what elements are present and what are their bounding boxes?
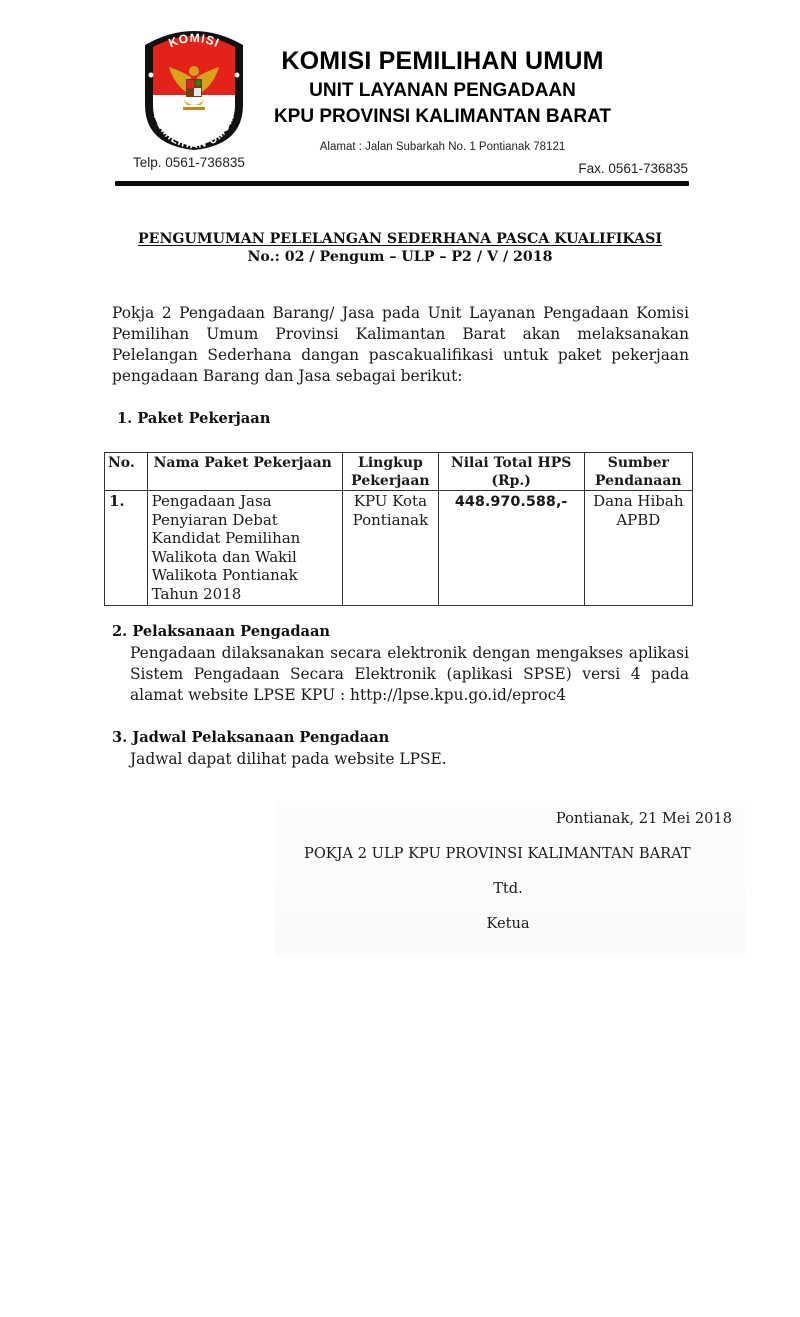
- document-title: PENGUMUMAN PELELANGAN SEDERHANA PASCA KU…: [0, 231, 800, 247]
- col-header-sumber: Sumber Pendanaan: [584, 453, 692, 491]
- kpu-garuda-logo-icon: KOMISI PEMILIHAN UMUM: [139, 25, 249, 150]
- col-header-no: No.: [105, 453, 148, 491]
- section-heading-jadwal: 3. Jadwal Pelaksanaan Pengadaan: [112, 729, 389, 746]
- section-heading-pelaksanaan: 2. Pelaksanaan Pengadaan: [112, 623, 330, 640]
- cell-nama: Pengadaan Jasa Penyiaran Debat Kandidat …: [147, 491, 343, 606]
- col-header-lingkup: Lingkup Pekerjaan: [343, 453, 439, 491]
- table-header-row: No. Nama Paket Pekerjaan Lingkup Pekerja…: [105, 453, 693, 491]
- cell-no: 1.: [105, 491, 148, 606]
- address: Alamat : Jalan Subarkah No. 1 Pontianak …: [240, 141, 645, 153]
- table-row: 1. Pengadaan Jasa Penyiaran Debat Kandid…: [105, 491, 693, 606]
- document-number: No.: 02 / Pengum – ULP – P2 / V / 2018: [0, 249, 800, 265]
- place-date: Pontianak, 21 Mei 2018: [556, 810, 732, 827]
- package-table: No. Nama Paket Pekerjaan Lingkup Pekerja…: [104, 452, 693, 606]
- letterhead-divider: [115, 181, 689, 186]
- cell-lingkup: KPU Kota Pontianak: [343, 491, 439, 606]
- telephone: Telp. 0561-736835: [133, 155, 245, 170]
- section-heading-paket: 1. Paket Pekerjaan: [117, 410, 270, 427]
- section-body-pelaksanaan: Pengadaan dilaksanakan secara elektronik…: [130, 643, 689, 706]
- col-header-hps: Nilai Total HPS (Rp.): [438, 453, 584, 491]
- col-header-nama: Nama Paket Pekerjaan: [147, 453, 343, 491]
- section-body-jadwal: Jadwal dapat dilihat pada website LPSE.: [130, 749, 689, 770]
- intro-paragraph: Pokja 2 Pengadaan Barang/ Jasa pada Unit…: [112, 303, 689, 387]
- hps-value: 448.970.588,-: [455, 494, 568, 510]
- unit-name: UNIT LAYANAN PENGADAAN: [240, 80, 645, 102]
- cell-sumber: Dana Hibah APBD: [584, 491, 692, 606]
- fax: Fax. 0561-736835: [578, 161, 688, 176]
- signatory-organization: POKJA 2 ULP KPU PROVINSI KALIMANTAN BARA…: [304, 845, 691, 862]
- signatory-role: Ketua: [0, 915, 800, 932]
- signed-mark: Ttd.: [0, 880, 800, 897]
- cell-hps: 448.970.588,-: [438, 491, 584, 606]
- province-office: KPU PROVINSI KALIMANTAN BARAT: [240, 106, 645, 128]
- org-name: KOMISI PEMILIHAN UMUM: [240, 47, 645, 76]
